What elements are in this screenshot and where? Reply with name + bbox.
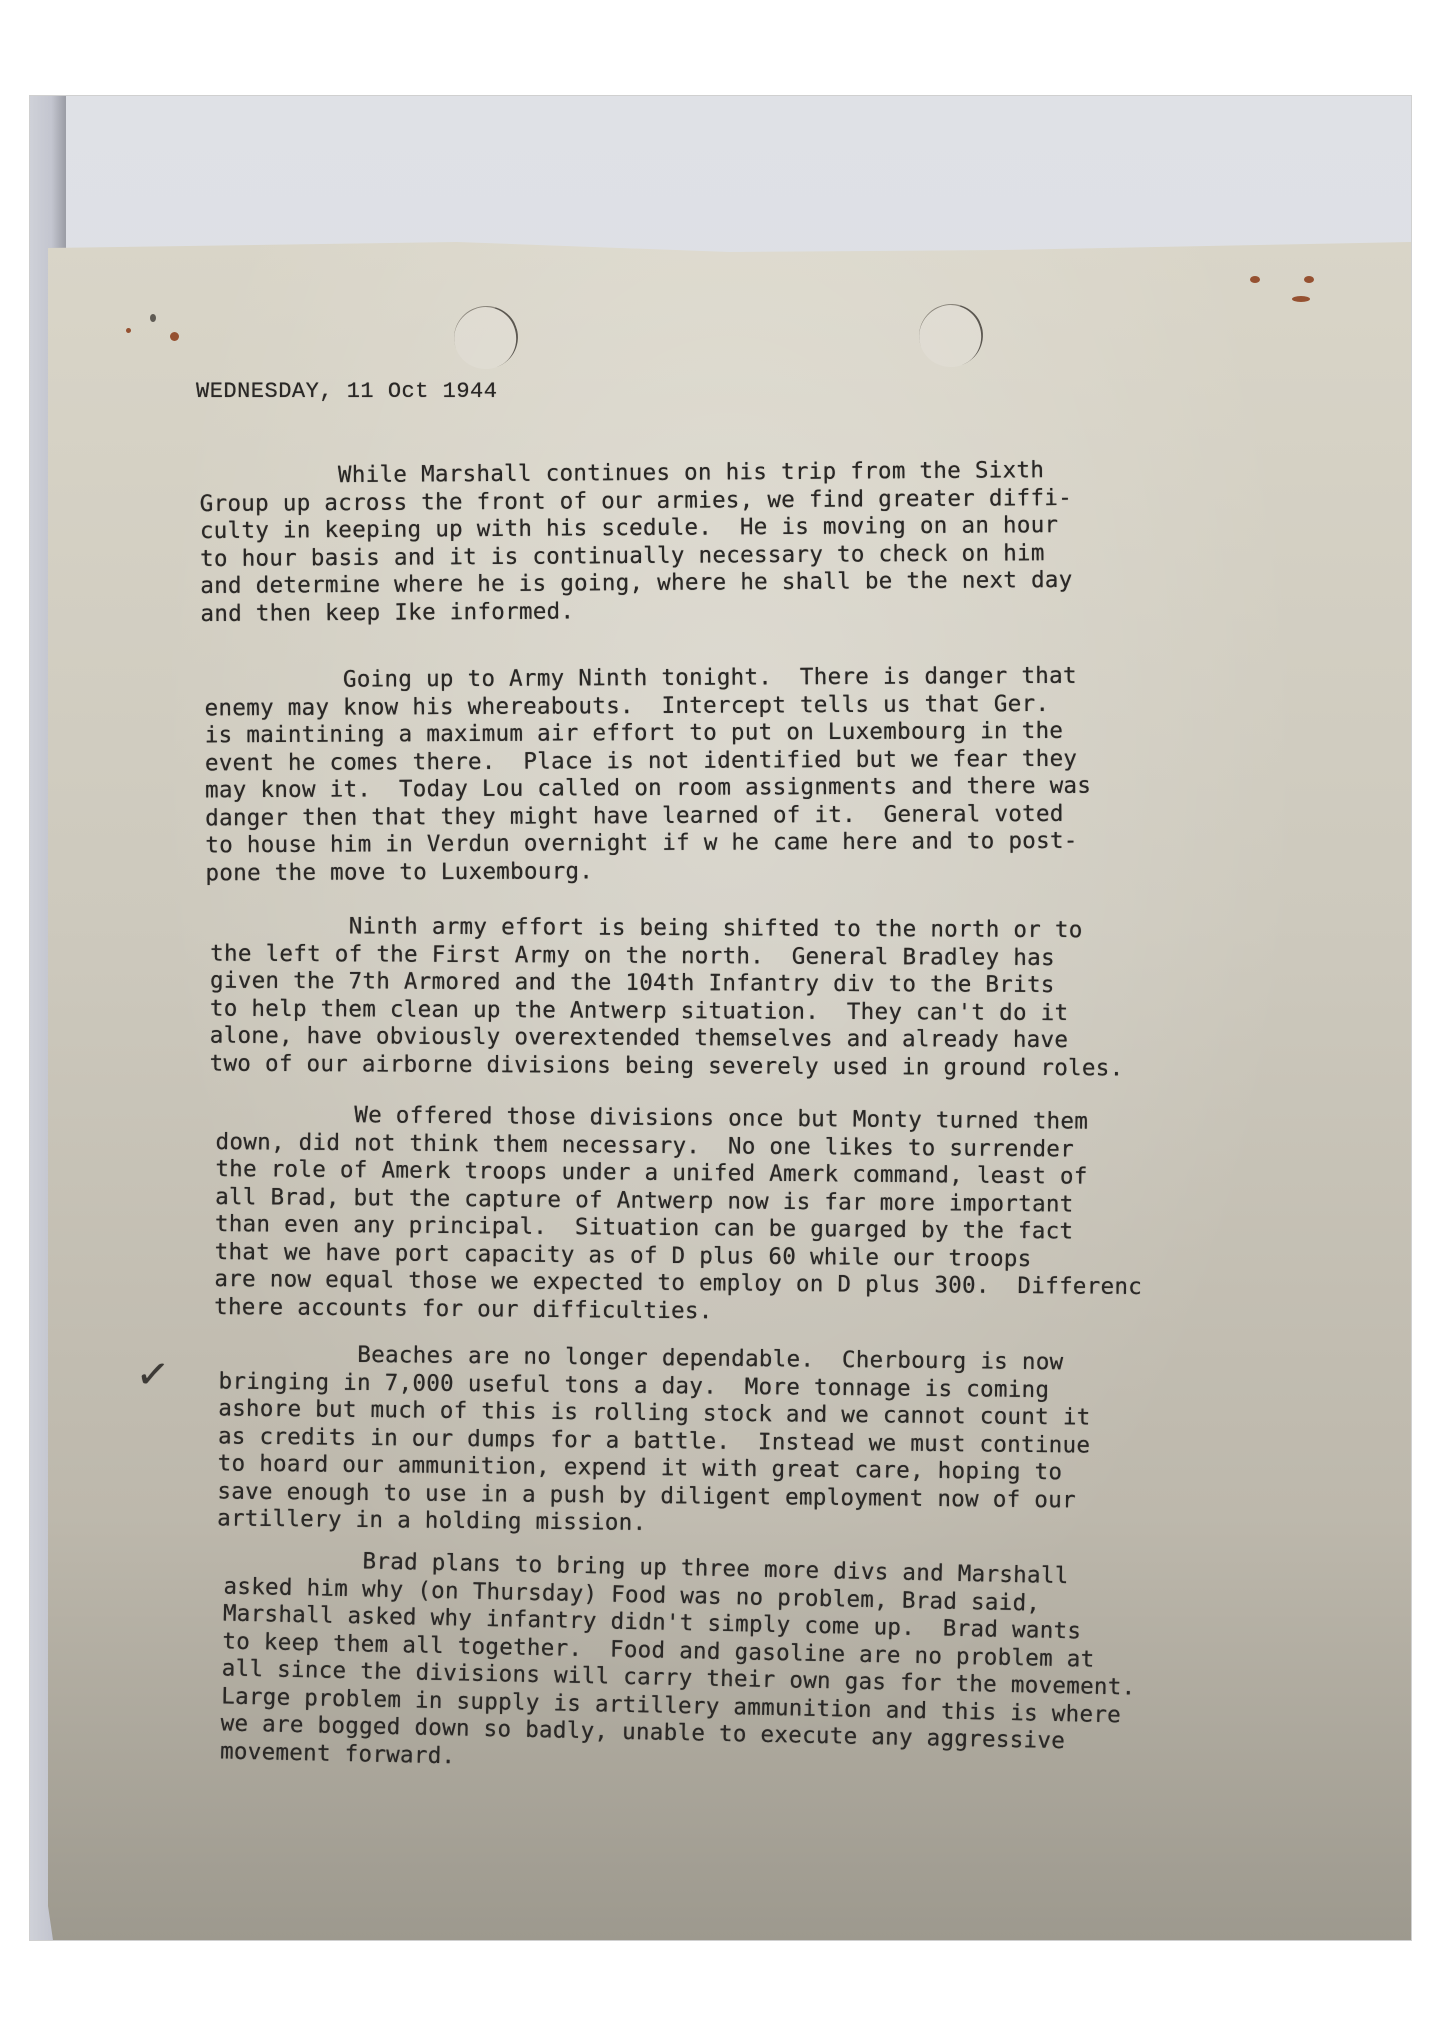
- paragraph-3: Ninth army effort is being shifted to th…: [210, 913, 1125, 1083]
- date-heading: WEDNESDAY, 11 Oct 1944: [196, 378, 497, 406]
- paragraph-4: We offered those divisions once but Mont…: [214, 1101, 1144, 1329]
- check-mark-icon: ✓: [135, 1360, 172, 1391]
- paragraph-5: Beaches are no longer dependable. Cherbo…: [217, 1340, 1091, 1542]
- document-content: WEDNESDAY, 11 Oct 1944 While Marshall co…: [0, 0, 1440, 2038]
- paragraph-1: While Marshall continues on his trip fro…: [199, 457, 1072, 628]
- paragraph-2: Going up to Army Ninth tonight. There is…: [204, 663, 1091, 888]
- paragraph-6: Brad plans to bring up three more divs a…: [220, 1545, 1138, 1784]
